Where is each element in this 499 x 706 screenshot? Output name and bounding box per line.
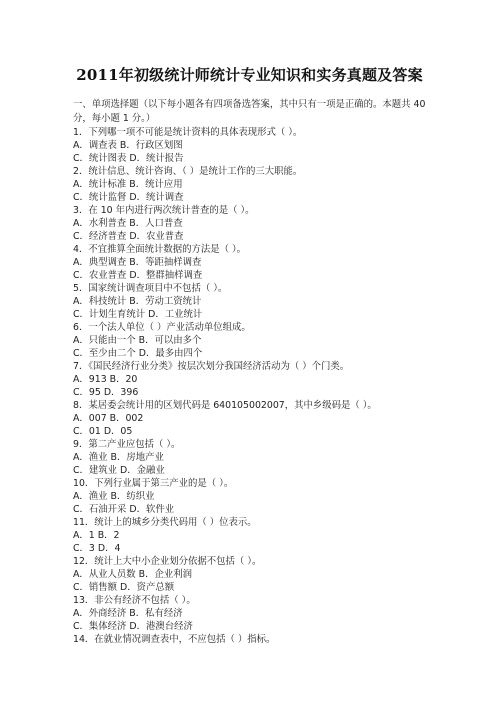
question-stem: 7．《国民经济行业分类》按层次划分我国经济活动为（ ）个门类。 [73, 360, 433, 373]
question-stem: 3．在 10 年内进行两次统计普查的是（ ）。 [73, 204, 433, 217]
question-stem: 11．统计上的城乡分类代码用（ ）位表示。 [73, 516, 433, 529]
question-stem: 5．国家统计调查项目中不包括（ ）。 [73, 282, 433, 295]
question-options-ab: A．渔业 B．房地产业 [73, 451, 433, 464]
question-options-cd: C．统计图表 D．统计报告 [73, 152, 433, 165]
question-stem: 12．统计上大中小企业划分依据不包括（ ）。 [73, 555, 433, 568]
question-stem: 2．统计信息、统计咨询、（ ）是统计工作的三大职能。 [73, 165, 433, 178]
question-options-cd: C．农业普查 D．整群抽样调查 [73, 269, 433, 282]
question-options-cd: C．集体经济 D．港澳台经济 [73, 620, 433, 633]
question-options-ab: A．007 B．002 [73, 412, 433, 425]
question-options-ab: A．统计标准 B．统计应用 [73, 178, 433, 191]
question-options-cd: C．统计监督 D．统计调查 [73, 191, 433, 204]
document-page: 2011年初级统计师统计专业知识和实务真题及答案 一、单项选择题（以下每小题各有… [0, 0, 499, 706]
question-options-cd: C．01 D．05 [73, 425, 433, 438]
question-options-ab: A．科技统计 B．劳动工资统计 [73, 295, 433, 308]
document-title: 2011年初级统计师统计专业知识和实务真题及答案 [0, 64, 499, 85]
question-stem: 13．非公有经济不包括（ ）。 [73, 594, 433, 607]
question-options-ab: A．1 B．2 [73, 529, 433, 542]
question-stem: 4．不宜推算全面统计数据的方法是（ ）。 [73, 243, 433, 256]
question-options-ab: A．913 B．20 [73, 373, 433, 386]
question-stem: 1．下列哪一项不可能是统计资料的具体表现形式（ ）。 [73, 126, 433, 139]
question-options-cd: C．建筑业 D．金融业 [73, 464, 433, 477]
question-options-ab: A．调查表 B．行政区划图 [73, 139, 433, 152]
question-options-ab: A．从业人员数 B．企业利润 [73, 568, 433, 581]
section-intro: 一、单项选择题（以下每小题各有四项备选答案，其中只有一项是正确的。本题共 40 … [73, 98, 433, 126]
question-options-ab: A．典型调查 B．等距抽样调查 [73, 256, 433, 269]
question-stem: 6．一个法人单位（ ）产业活动单位组成。 [73, 321, 433, 334]
question-options-cd: C．95 D．396 [73, 386, 433, 399]
question-options-ab: A．外商经济 B．私有经济 [73, 607, 433, 620]
question-stem: 10．下列行业属于第三产业的是（ ）。 [73, 477, 433, 490]
question-options-ab: A．只能由一个 B．可以由多个 [73, 334, 433, 347]
question-stem: 8．某居委会统计用的区划代码是 640105002007，其中乡级码是（ ）。 [73, 399, 433, 412]
question-options-cd: C．经济普查 D．农业普查 [73, 230, 433, 243]
question-options-cd: C．石油开采 D．软件业 [73, 503, 433, 516]
question-options-cd: C．计划生育统计 D．工业统计 [73, 308, 433, 321]
question-options-cd: C．销售额 D．资产总额 [73, 581, 433, 594]
question-options-ab: A．水利普查 B．人口普查 [73, 217, 433, 230]
document-body: 一、单项选择题（以下每小题各有四项备选答案，其中只有一项是正确的。本题共 40 … [73, 98, 433, 646]
question-options-cd: C．3 D．4 [73, 542, 433, 555]
question-stem: 9．第二产业应包括（ ）。 [73, 438, 433, 451]
question-options-cd: C．至少由二个 D．最多由四个 [73, 347, 433, 360]
question-stem: 14．在就业情况调查表中，不应包括（ ）指标。 [73, 633, 433, 646]
question-options-ab: A．渔业 B．纺织业 [73, 490, 433, 503]
